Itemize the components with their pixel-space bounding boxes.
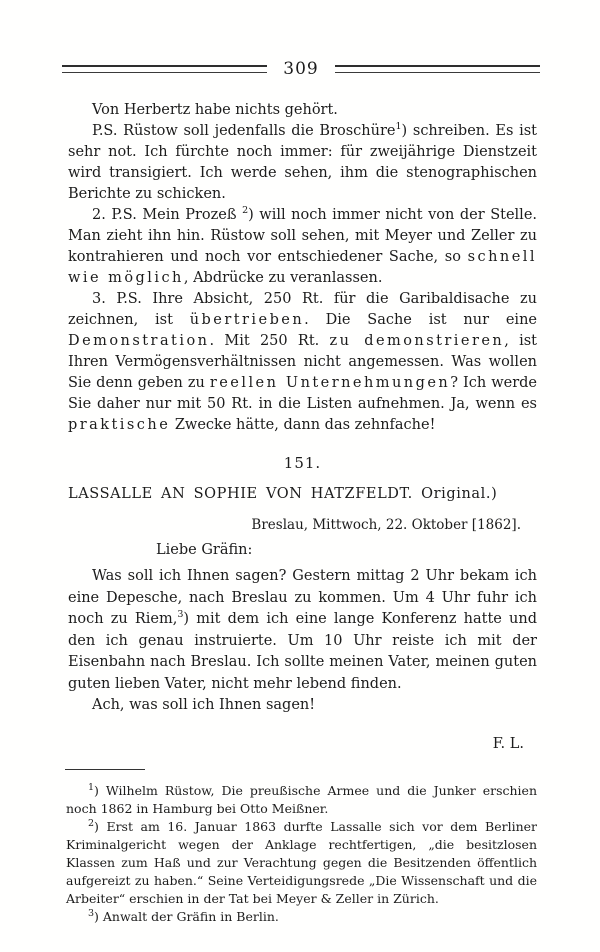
footnote-separator-rule (65, 769, 145, 770)
letter-151-paragraph-1: Was soll ich Ihnen sagen? Gestern mittag… (68, 566, 537, 695)
header-rule-left (62, 65, 267, 73)
letter-151-paragraph-2: Ach, was soll ich Ihnen sagen! (68, 695, 537, 717)
page-number: 309 (281, 59, 320, 79)
letter-150-body: Von Herbertz habe nichts gehört. P.S. Rü… (68, 100, 537, 436)
text-segment: P.S. Rüstow soll jedenfalls die Broschür… (92, 123, 396, 139)
text-segment: . Die Sache ist nur eine (304, 312, 537, 328)
footnote-1-text: ) Wilhelm Rüstow, Die preußische Armee u… (66, 783, 537, 816)
book-page: 309 Von Herbertz habe nichts gehört. P.S… (0, 0, 600, 952)
footnote-1: 1) Wilhelm Rüstow, Die preußische Armee … (66, 782, 537, 818)
letter-151-salutation: Liebe Gräfin: (68, 542, 537, 558)
letter-150-paragraph-2: P.S. Rüstow soll jedenfalls die Broschür… (68, 121, 537, 205)
spaced-text: Demonstration (68, 333, 209, 349)
header-rule-right (335, 65, 540, 73)
text-segment: Ach, was soll ich Ihnen sagen! (92, 697, 315, 713)
footnote-3-text: ) Anwalt der Gräfin in Berlin. (94, 909, 279, 924)
text-segment: Zwecke hätte, dann das zehnfache! (170, 417, 435, 433)
spaced-text: reellen Unternehmungen (210, 375, 450, 391)
letter-151-number: 151. (68, 454, 537, 472)
letter-151-body: Was soll ich Ihnen sagen? Gestern mittag… (68, 566, 537, 717)
text-segment: Von Herbertz habe nichts gehört. (92, 102, 338, 118)
text-segment: , Abdrücke zu veranlassen. (184, 270, 383, 286)
spaced-text: übertrieben (190, 312, 304, 328)
letter-150-paragraph-4: 3. P.S. Ihre Absicht, 250 Rt. für die Ga… (68, 289, 537, 436)
spaced-text: praktische (68, 417, 170, 433)
footnote-2-text: ) Erst am 16. Januar 1863 durfte Lassall… (66, 819, 537, 906)
running-head: 309 (62, 58, 540, 80)
footnote-2: 2) Erst am 16. Januar 1863 durfte Lassal… (66, 818, 537, 908)
letter-151-heading: LASSALLE AN SOPHIE VON HATZFELDT. Origin… (68, 486, 537, 502)
text-segment: 2. P.S. Mein Prozeß (92, 207, 242, 223)
spaced-text: zu demonstrieren (330, 333, 505, 349)
footnote-3: 3) Anwalt der Gräfin in Berlin. (66, 908, 537, 926)
letter-150-paragraph-3: 2. P.S. Mein Prozeß 2) will noch immer n… (68, 205, 537, 289)
footnotes: 1) Wilhelm Rüstow, Die preußische Armee … (66, 782, 537, 926)
text-segment: . Mit 250 Rt. (209, 333, 329, 349)
letter-150-paragraph-1: Von Herbertz habe nichts gehört. (68, 100, 537, 121)
letter-151-signature: F. L. (68, 736, 537, 752)
letter-151-dateline: Breslau, Mittwoch, 22. Oktober [1862]. (68, 517, 537, 533)
